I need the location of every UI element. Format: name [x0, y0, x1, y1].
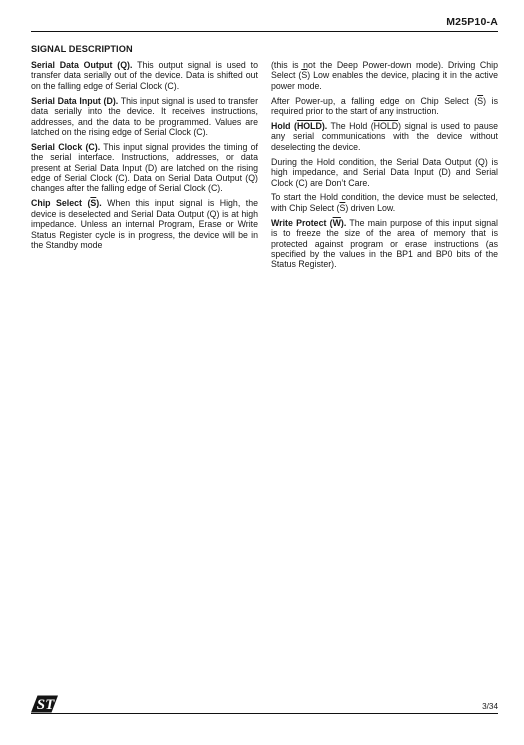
paragraph: To start the Hold condition, the device …	[271, 192, 498, 213]
column-left: Serial Data Output (Q). This output sign…	[31, 60, 258, 274]
datasheet-page: M25P10-A SIGNAL DESCRIPTION Serial Data …	[0, 0, 524, 745]
header-rule	[31, 31, 498, 32]
body-text: ) driven Low.	[345, 203, 395, 213]
signal-name-text: Chip Select (	[31, 198, 90, 208]
signal-name-text: Serial Data Output (Q).	[31, 60, 132, 70]
page-content: SIGNAL DESCRIPTION Serial Data Output (Q…	[31, 44, 498, 274]
st-logo-icon: ST	[31, 695, 58, 713]
paragraph: Chip Select (S). When this input signal …	[31, 198, 258, 250]
paragraph: Serial Data Output (Q). This output sign…	[31, 60, 258, 91]
paragraph: During the Hold condition, the Serial Da…	[271, 157, 498, 188]
paragraph: After Power-up, a falling edge on Chip S…	[271, 96, 498, 117]
doc-number: M25P10-A	[31, 0, 498, 28]
signal-name-text: Serial Data Input (D).	[31, 96, 118, 106]
body-text: During the Hold condition, the Serial Da…	[271, 157, 498, 188]
page-header: M25P10-A	[31, 0, 498, 32]
signal-name-text: HOLD	[297, 121, 322, 131]
signal-name-text: Hold (	[271, 121, 297, 131]
paragraph: Serial Clock (C). This input signal prov…	[31, 142, 258, 194]
signal-name-text: Write Protect (	[271, 218, 333, 228]
column-right: (this is not the Deep Power-down mode). …	[271, 60, 498, 274]
section-title: SIGNAL DESCRIPTION	[31, 44, 498, 54]
signal-name-text: Serial Clock (C).	[31, 142, 100, 152]
paragraph: (this is not the Deep Power-down mode). …	[271, 60, 498, 91]
body-text: After Power-up, a falling edge on Chip S…	[271, 96, 477, 106]
two-column-text: Serial Data Output (Q). This output sign…	[31, 60, 498, 274]
st-logo-letters: ST	[37, 697, 55, 713]
body-text: HOLD	[374, 121, 398, 131]
page-footer: ST 3/34	[31, 695, 498, 714]
body-text: The Hold (	[327, 121, 373, 131]
footer-row: ST 3/34	[31, 695, 498, 713]
page-number: 3/34	[482, 702, 498, 713]
paragraph: Hold (HOLD). The Hold (HOLD) signal is u…	[271, 121, 498, 152]
paragraph: Serial Data Input (D). This input signal…	[31, 96, 258, 138]
footer-rule	[31, 713, 498, 714]
signal-name-text: W	[333, 218, 341, 228]
paragraph: Write Protect (W). The main purpose of t…	[271, 218, 498, 270]
